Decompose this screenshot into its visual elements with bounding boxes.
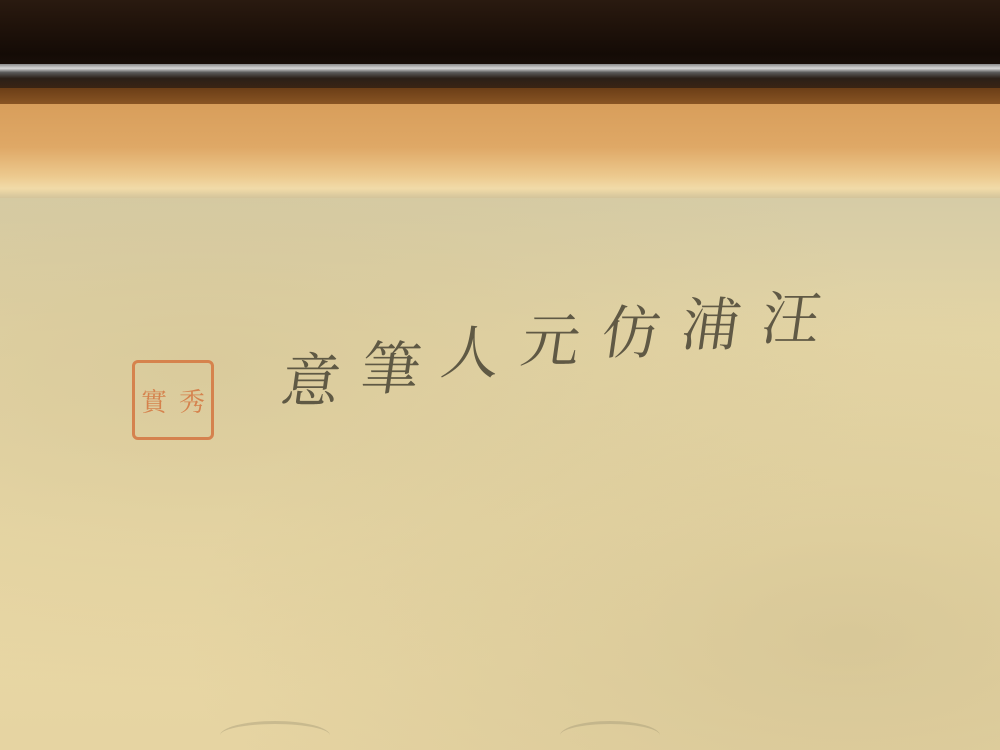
water-stain [560,721,660,750]
inscription-char: 汪 [758,290,824,348]
seal-char: 實 [141,382,167,419]
inscription-char: 人 [438,324,504,382]
inscription-char: 浦 [678,296,744,354]
painting-paper [0,198,1000,750]
inscription-char: 筆 [358,340,424,398]
silk-mount [0,104,1000,200]
inscription-char: 元 [518,312,584,370]
red-seal: 實 秀 [132,360,214,440]
inscription-char: 意 [278,352,344,410]
picture-frame [0,0,1000,68]
calligraphy-inscription: 汪 浦 仿 元 人 筆 意 [282,290,820,388]
frame-metal-edge [0,64,1000,88]
inscription-char: 仿 [598,304,664,362]
seal-char: 秀 [179,382,205,419]
water-stain [220,721,330,750]
